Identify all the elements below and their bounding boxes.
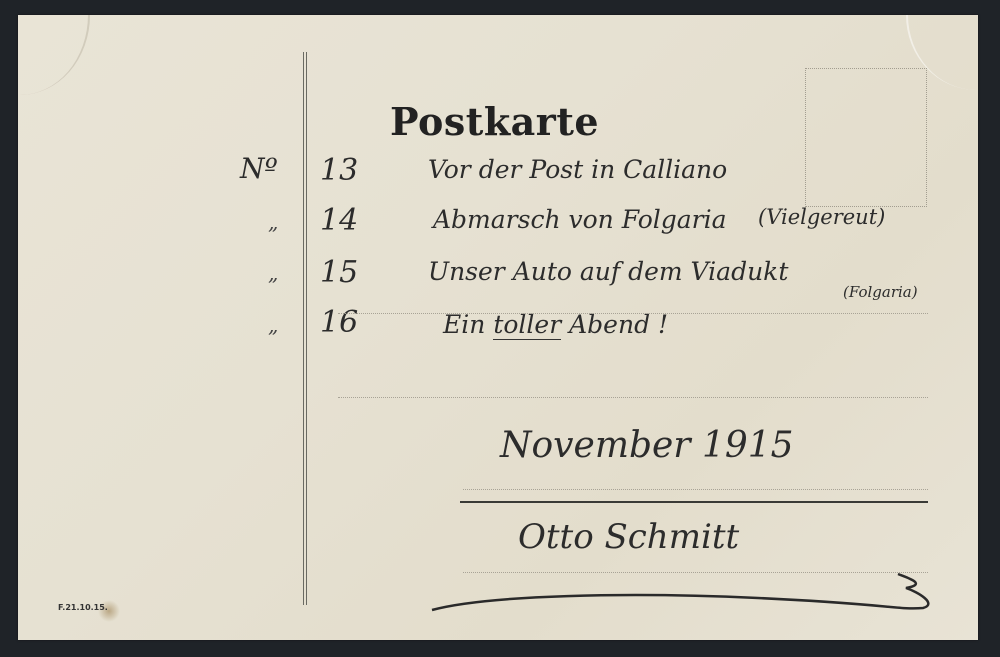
- entry-text-16: Ein toller Abend !: [443, 310, 668, 339]
- ditto-mark-16: „: [268, 313, 278, 337]
- entry-text-15: Unser Auto auf dem Viadukt: [428, 257, 788, 286]
- entry-note-15: (Folgaria): [843, 283, 918, 301]
- entry-text-14: Abmarsch von Folgaria: [433, 205, 727, 234]
- entry-number-15: 15: [320, 255, 358, 290]
- signature: Otto Schmitt: [518, 517, 739, 557]
- solid-line: [460, 501, 928, 503]
- divider-double-line: [303, 52, 307, 605]
- ditto-mark-15: „: [268, 261, 278, 285]
- ditto-mark-14: „: [268, 210, 278, 234]
- print-code: F.21.10.15.: [58, 603, 108, 612]
- entry-text-16-before: Ein: [443, 310, 485, 339]
- signature-flourish-icon: [428, 570, 938, 620]
- number-label: Nº: [240, 152, 278, 185]
- entry-note-14: (Vielgereut): [758, 205, 885, 229]
- entry-text-16-underlined: toller: [493, 310, 561, 340]
- stamp-placeholder-box: [805, 68, 927, 207]
- entry-text-16-after: Abend !: [569, 310, 668, 339]
- entry-number-16: 16: [320, 305, 358, 340]
- dotted-line-3: [463, 489, 928, 490]
- postcard-title: Postkarte: [390, 99, 599, 144]
- postcard: Postkarte Nº „ „ „ 13 Vor der Post in Ca…: [18, 15, 978, 640]
- date-text: November 1915: [500, 425, 794, 466]
- dotted-line-1: [338, 313, 928, 314]
- dotted-line-2: [338, 397, 928, 398]
- entry-number-14: 14: [320, 203, 358, 238]
- entry-number-13: 13: [320, 153, 358, 188]
- corner-crease-top-left: [18, 15, 90, 95]
- entry-text-13: Vor der Post in Calliano: [428, 155, 727, 184]
